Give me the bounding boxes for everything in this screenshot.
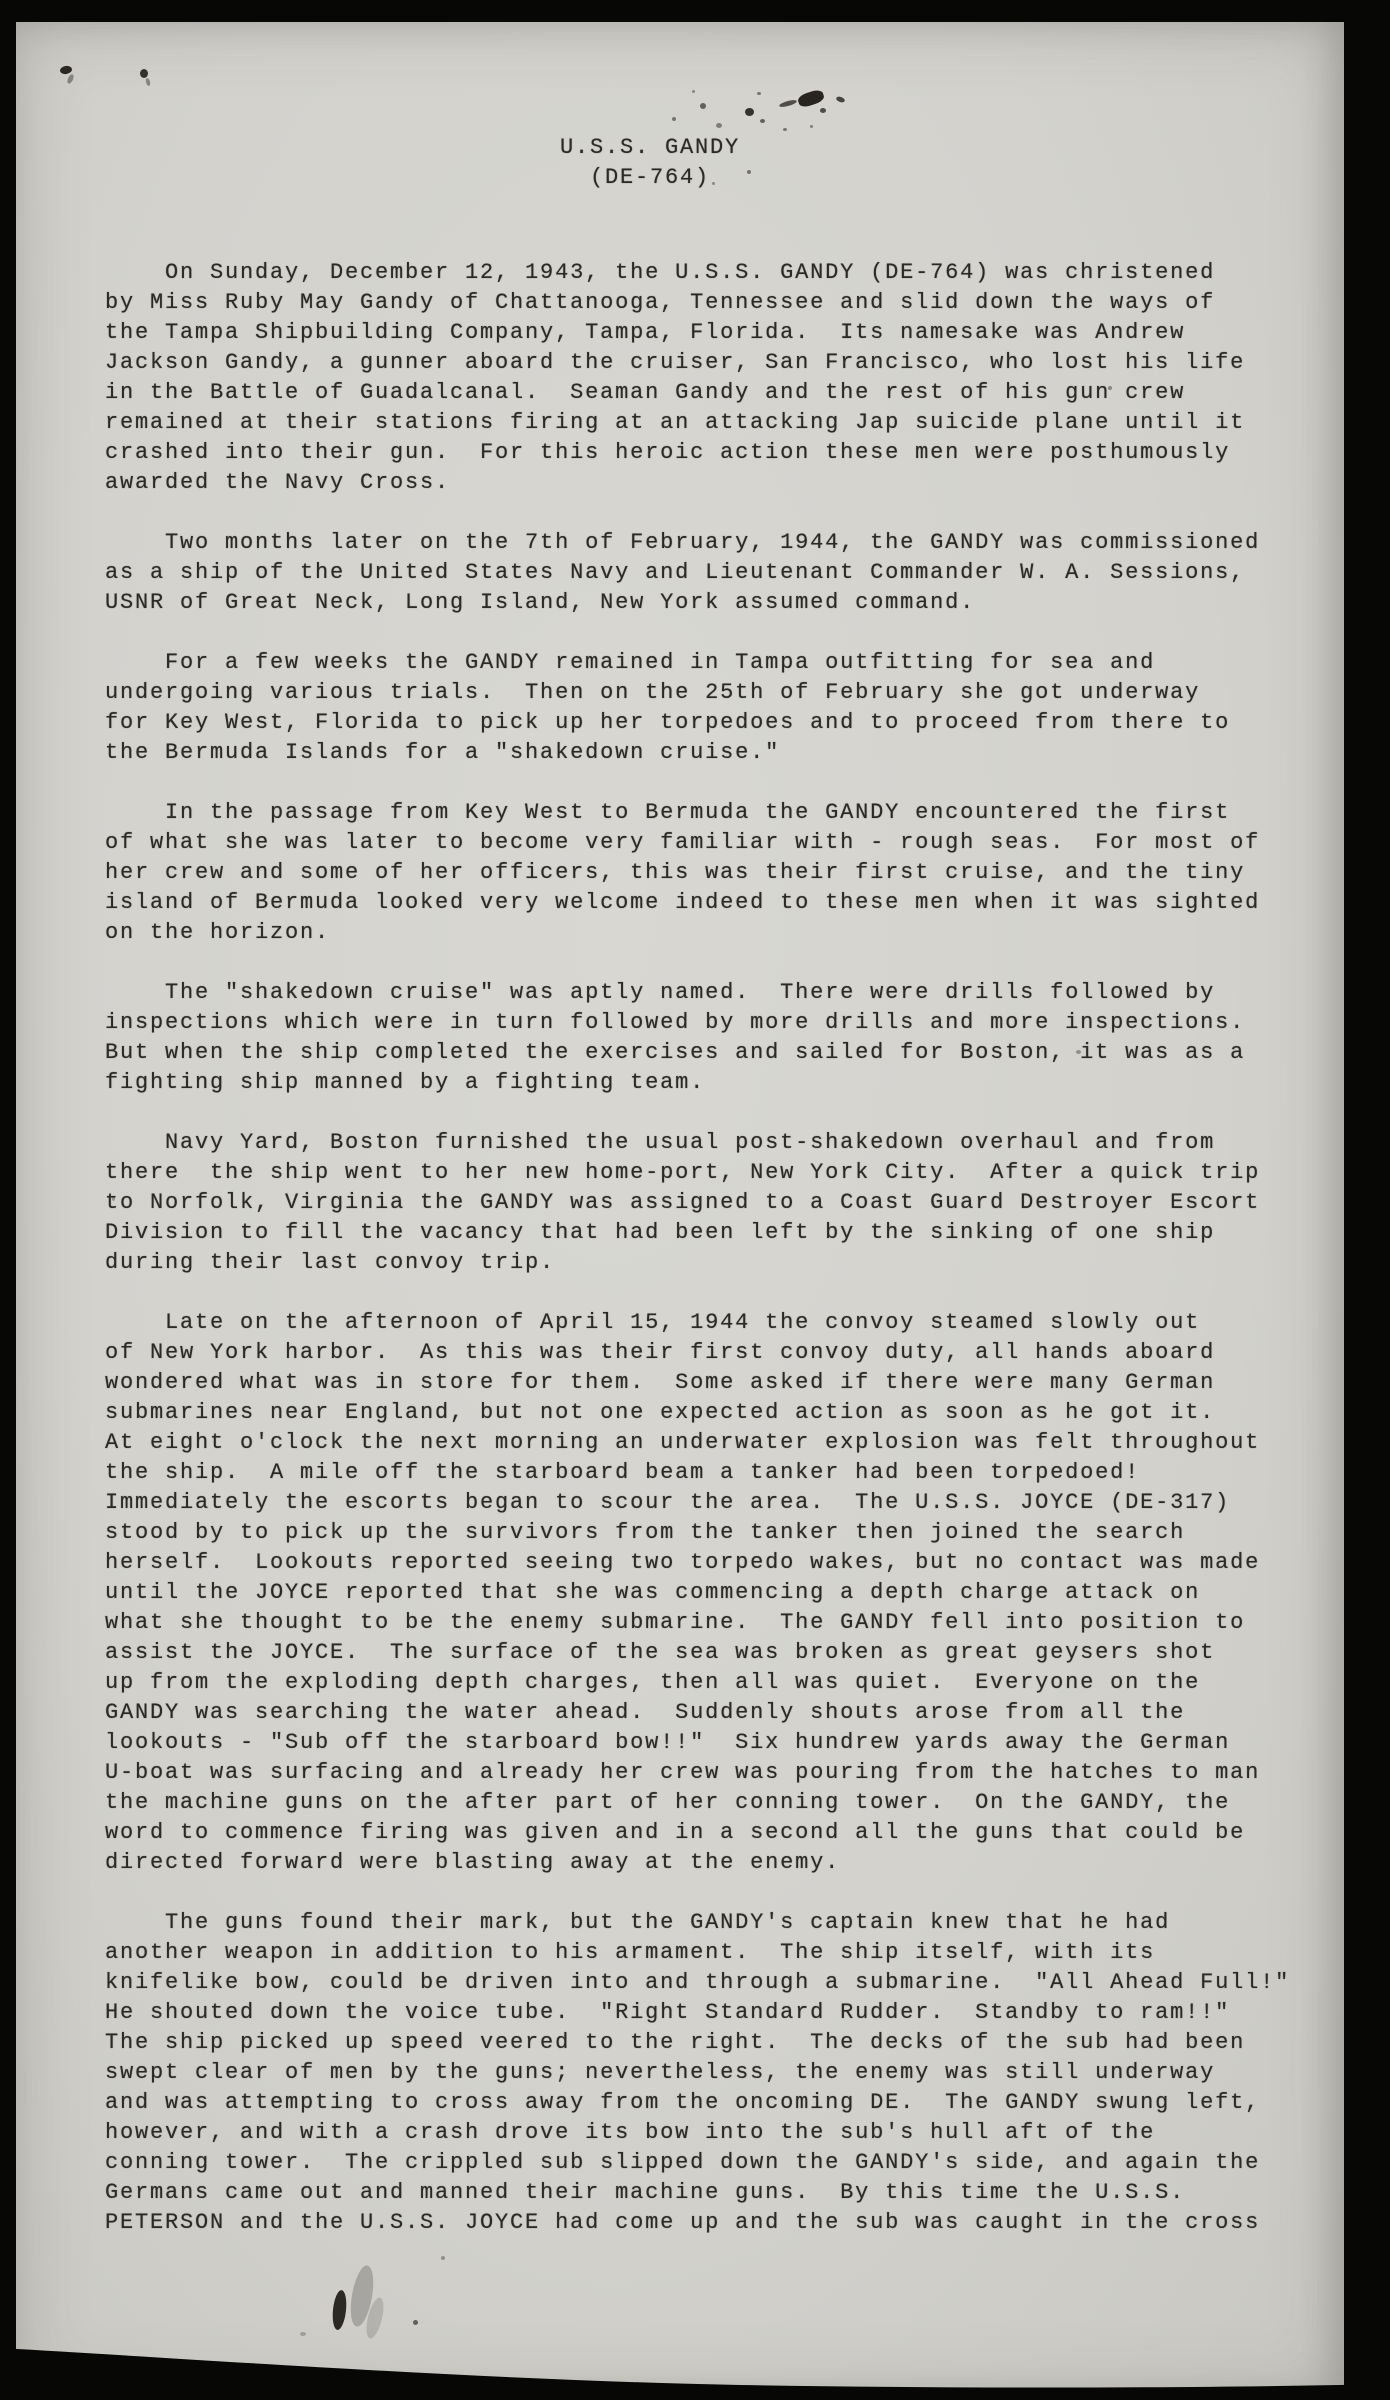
ink-blob: [112, 1196, 115, 1201]
ink-blob: [700, 103, 706, 109]
ink-blob: [745, 108, 754, 116]
ink-blob: [140, 69, 148, 78]
ink-blob: [747, 170, 751, 174]
ink-blob: [672, 117, 676, 121]
ink-blob: [1076, 1050, 1081, 1054]
scan-border-left: [0, 0, 16, 2400]
ink-blob: [820, 108, 826, 113]
paragraph-christening: On Sunday, December 12, 1943, the U.S.S.…: [105, 258, 1245, 498]
paragraph-shakedown: The "shakedown cruise" was aptly named. …: [105, 978, 1245, 1098]
ink-blob: [712, 182, 715, 185]
scanned-document-page: U.S.S. GANDY (DE-764) On Sunday, Decembe…: [0, 0, 1390, 2400]
ink-blob: [413, 2320, 418, 2325]
document-title: U.S.S. GANDY: [560, 133, 740, 163]
ink-blob: [1108, 386, 1112, 390]
ink-blob: [783, 128, 787, 131]
paragraph-passage-to-bermuda: In the passage from Key West to Bermuda …: [105, 798, 1260, 948]
paragraph-commissioning: Two months later on the 7th of February,…: [105, 528, 1260, 618]
paragraph-convoy-attack: Late on the afternoon of April 15, 1944 …: [105, 1308, 1260, 1878]
ink-blob: [760, 119, 765, 123]
scan-border-bottom: [0, 2340, 1390, 2400]
scan-border-top: [0, 0, 1390, 22]
ink-blob: [810, 125, 813, 128]
ink-blob: [441, 2256, 445, 2260]
ink-blob: [757, 92, 761, 95]
ink-blob: [692, 90, 695, 93]
paragraph-outfitting: For a few weeks the GANDY remained in Ta…: [105, 648, 1230, 768]
scan-border-bottom-curve: [0, 2340, 1390, 2400]
paragraph-navy-yard: Navy Yard, Boston furnished the usual po…: [105, 1128, 1260, 1278]
scan-border-right: [1344, 0, 1390, 2400]
paragraph-ramming: The guns found their mark, but the GANDY…: [105, 1908, 1290, 2238]
document-subtitle-hull-number: (DE-764): [590, 163, 710, 193]
ink-blob: [300, 2332, 306, 2336]
ink-blob: [716, 123, 722, 128]
